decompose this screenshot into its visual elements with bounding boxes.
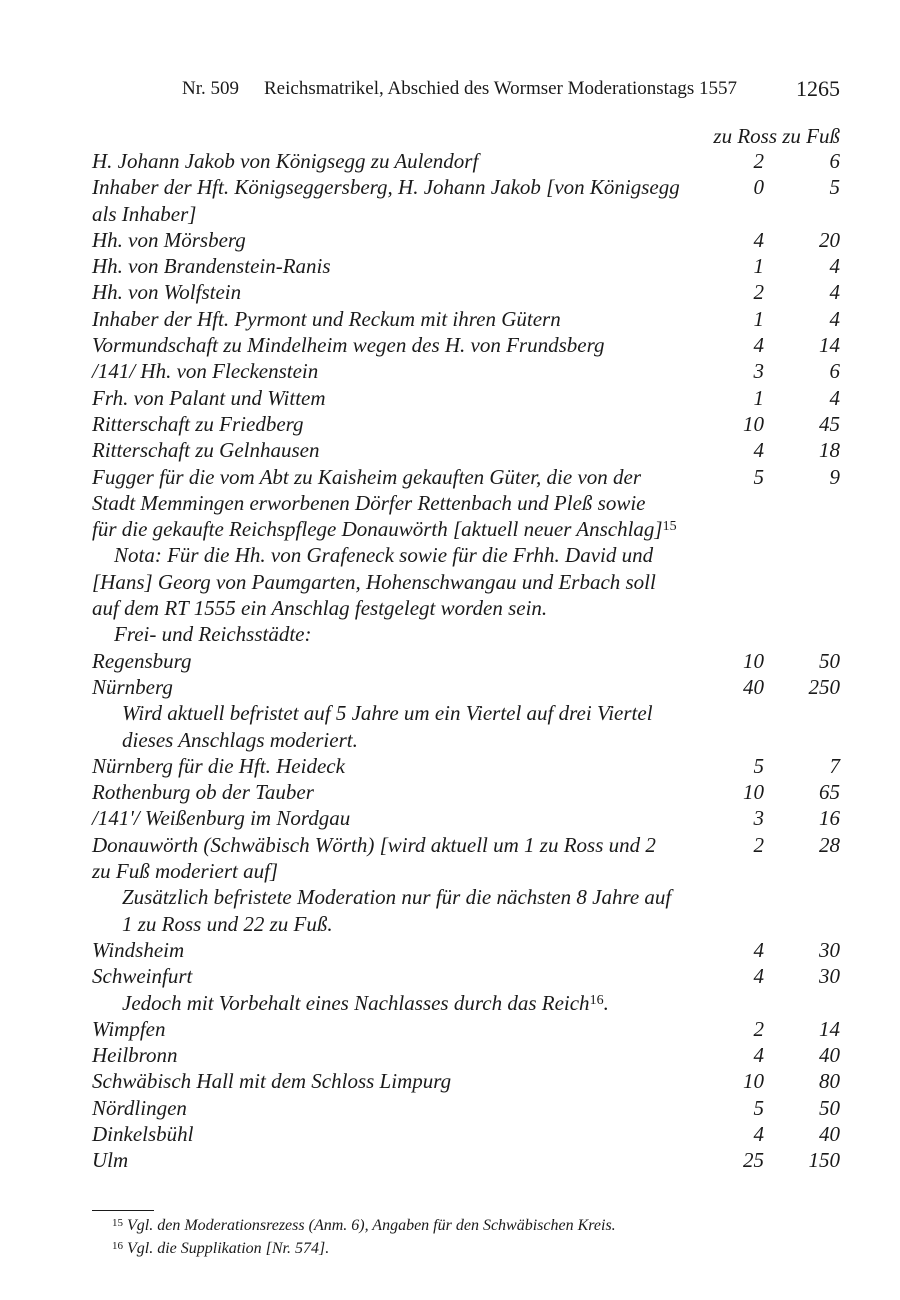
table-row: Vormundschaft zu Mindelheim wegen des H.… [92, 332, 840, 358]
entry-label: Zusätzlich befristete Moderation nur für… [92, 884, 692, 910]
fuss-value: 50 [790, 648, 840, 674]
table-row: Heilbronn440 [92, 1042, 840, 1068]
ross-value: 2 [724, 1016, 764, 1042]
fuss-value: 40 [790, 1121, 840, 1147]
entry-label: auf dem RT 1555 ein Anschlag festgelegt … [92, 595, 692, 621]
table-row: Donauwörth (Schwäbisch Wörth) [wird aktu… [92, 832, 840, 858]
fuss-value: 50 [790, 1095, 840, 1121]
footnote-divider [92, 1210, 154, 1211]
table-row: Nürnberg40250 [92, 674, 840, 700]
running-header: Nr. 509 Reichsmatrikel, Abschied des Wor… [182, 78, 840, 106]
ross-value: 10 [724, 1068, 764, 1094]
fuss-value: 40 [790, 1042, 840, 1068]
ross-value: 3 [724, 358, 764, 384]
ross-value: 5 [724, 753, 764, 779]
ross-value: 1 [724, 385, 764, 411]
entry-label: Fugger für die vom Abt zu Kaisheim gekau… [92, 464, 692, 490]
entry-label: Jedoch mit Vorbehalt eines Nachlasses du… [92, 990, 692, 1016]
entry-label: Nördlingen [92, 1095, 692, 1121]
table-row-continuation: auf dem RT 1555 ein Anschlag festgelegt … [92, 595, 840, 621]
table-row: /141'/ Weißenburg im Nordgau316 [92, 805, 840, 831]
entry-label: Frei- und Reichsstädte: [92, 621, 714, 647]
table-row: Hh. von Mörsberg420 [92, 227, 840, 253]
column-headers: zu Ross zu Fuß [713, 124, 840, 149]
ross-value: 5 [724, 464, 764, 490]
ross-value: 40 [724, 674, 764, 700]
entry-label: für die gekaufte Reichspflege Donauwörth… [92, 516, 692, 542]
table-row: Rothenburg ob der Tauber1065 [92, 779, 840, 805]
table-row-continuation: 1 zu Ross und 22 zu Fuß. [92, 911, 840, 937]
fuss-value: 6 [790, 358, 840, 384]
table-row-continuation: Zusätzlich befristete Moderation nur für… [92, 884, 840, 910]
entry-label: H. Johann Jakob von Königsegg zu Aulendo… [92, 148, 692, 174]
ross-value: 4 [724, 227, 764, 253]
table-row: Nürnberg für die Hft. Heideck57 [92, 753, 840, 779]
footnote: 15Vgl. den Moderationsrezess (Anm. 6), A… [112, 1213, 616, 1236]
fuss-value: 4 [790, 253, 840, 279]
ross-value: 4 [724, 332, 764, 358]
entry-label: Hh. von Wolfstein [92, 279, 692, 305]
table-row: Ritterschaft zu Gelnhausen418 [92, 437, 840, 463]
ross-value: 4 [724, 937, 764, 963]
ross-value: 10 [724, 779, 764, 805]
entry-label: Rothenburg ob der Tauber [92, 779, 692, 805]
table-row-continuation: Jedoch mit Vorbehalt eines Nachlasses du… [92, 990, 840, 1016]
table-row: Inhaber der Hft. Pyrmont und Reckum mit … [92, 306, 840, 332]
table-row-continuation: als Inhaber] [92, 201, 840, 227]
footnote-reference: 16 [590, 993, 604, 1008]
table-row: Schwäbisch Hall mit dem Schloss Limpurg1… [92, 1068, 840, 1094]
entry-label: Donauwörth (Schwäbisch Wörth) [wird aktu… [92, 832, 692, 858]
table-row: H. Johann Jakob von Königsegg zu Aulendo… [92, 148, 840, 174]
entry-label: Nürnberg [92, 674, 692, 700]
table-row: Dinkelsbühl440 [92, 1121, 840, 1147]
table-row: Ulm25150 [92, 1147, 840, 1173]
table-row-continuation: für die gekaufte Reichspflege Donauwörth… [92, 516, 840, 542]
entry-label: Hh. von Brandenstein-Ranis [92, 253, 692, 279]
ross-value: 0 [724, 174, 764, 200]
entry-label: Ritterschaft zu Friedberg [92, 411, 692, 437]
table-row: /141/ Hh. von Fleckenstein36 [92, 358, 840, 384]
fuss-value: 20 [790, 227, 840, 253]
footnote-text: Vgl. den Moderationsrezess (Anm. 6), Ang… [127, 1217, 616, 1234]
header-title: Reichsmatrikel, Abschied des Wormser Mod… [264, 78, 737, 100]
entry-label: Ritterschaft zu Gelnhausen [92, 437, 692, 463]
footnote: 16Vgl. die Supplikation [Nr. 574]. [112, 1236, 616, 1259]
entry-label: Wird aktuell befristet auf 5 Jahre um ei… [92, 700, 692, 726]
footnotes: 15Vgl. den Moderationsrezess (Anm. 6), A… [112, 1213, 616, 1259]
table-row-continuation: Wird aktuell befristet auf 5 Jahre um ei… [92, 700, 840, 726]
entry-label: Frh. von Palant und Wittem [92, 385, 692, 411]
entry-label: [Hans] Georg von Paumgarten, Hohenschwan… [92, 569, 692, 595]
ross-value: 2 [724, 832, 764, 858]
ross-value: 4 [724, 1121, 764, 1147]
ross-value: 2 [724, 148, 764, 174]
table-row: Windsheim430 [92, 937, 840, 963]
ross-value: 1 [724, 253, 764, 279]
table-row: Hh. von Brandenstein-Ranis14 [92, 253, 840, 279]
table-row-continuation: Stadt Memmingen erworbenen Dörfer Retten… [92, 490, 840, 516]
table-row: Inhaber der Hft. Königseggersberg, H. Jo… [92, 174, 840, 200]
fuss-value: 65 [790, 779, 840, 805]
table-row: Ritterschaft zu Friedberg1045 [92, 411, 840, 437]
fuss-value: 14 [790, 332, 840, 358]
ross-value: 10 [724, 648, 764, 674]
fuss-value: 4 [790, 306, 840, 332]
table-row: Frh. von Palant und Wittem14 [92, 385, 840, 411]
table-row: Hh. von Wolfstein24 [92, 279, 840, 305]
fuss-value: 14 [790, 1016, 840, 1042]
entry-label: dieses Anschlags moderiert. [92, 727, 692, 753]
fuss-value: 5 [790, 174, 840, 200]
entry-label: Inhaber der Hft. Pyrmont und Reckum mit … [92, 306, 692, 332]
fuss-value: 30 [790, 937, 840, 963]
fuss-value: 80 [790, 1068, 840, 1094]
fuss-value: 18 [790, 437, 840, 463]
fuss-value: 6 [790, 148, 840, 174]
fuss-value: 30 [790, 963, 840, 989]
ross-value: 10 [724, 411, 764, 437]
entry-label: Inhaber der Hft. Königseggersberg, H. Jo… [92, 174, 692, 200]
ross-value: 4 [724, 1042, 764, 1068]
footnote-text: Vgl. die Supplikation [Nr. 574]. [127, 1240, 329, 1257]
ross-value: 2 [724, 279, 764, 305]
matrikel-table: H. Johann Jakob von Königsegg zu Aulendo… [92, 148, 840, 1174]
fuss-value: 16 [790, 805, 840, 831]
fuss-value: 150 [790, 1147, 840, 1173]
fuss-value: 45 [790, 411, 840, 437]
entry-label: Nota: Für die Hh. von Grafeneck sowie fü… [92, 542, 714, 568]
entry-label: Schwäbisch Hall mit dem Schloss Limpurg [92, 1068, 692, 1094]
fuss-value: 9 [790, 464, 840, 490]
entry-label: Windsheim [92, 937, 692, 963]
table-row: Nördlingen550 [92, 1095, 840, 1121]
footnote-number: 15 [112, 1217, 123, 1229]
entry-label: Wimpfen [92, 1016, 692, 1042]
page-number: 1265 [796, 76, 840, 102]
entry-label: Ulm [92, 1147, 692, 1173]
entry-label: Dinkelsbühl [92, 1121, 692, 1147]
ross-value: 5 [724, 1095, 764, 1121]
fuss-value: 7 [790, 753, 840, 779]
entry-label: Stadt Memmingen erworbenen Dörfer Retten… [92, 490, 692, 516]
table-row: Regensburg1050 [92, 648, 840, 674]
ross-value: 4 [724, 963, 764, 989]
table-row-continuation: zu Fuß moderiert auf] [92, 858, 840, 884]
ross-value: 3 [724, 805, 764, 831]
fuss-value: 28 [790, 832, 840, 858]
table-row: Fugger für die vom Abt zu Kaisheim gekau… [92, 464, 840, 490]
entry-label: zu Fuß moderiert auf] [92, 858, 692, 884]
table-row: Schweinfurt430 [92, 963, 840, 989]
entry-label: 1 zu Ross und 22 zu Fuß. [92, 911, 692, 937]
entry-label: /141'/ Weißenburg im Nordgau [92, 805, 692, 831]
entry-label: Schweinfurt [92, 963, 692, 989]
footnote-number: 16 [112, 1240, 123, 1252]
entry-label: Regensburg [92, 648, 692, 674]
ross-value: 25 [724, 1147, 764, 1173]
table-row-continuation: [Hans] Georg von Paumgarten, Hohenschwan… [92, 569, 840, 595]
footnote-reference: 15 [663, 519, 677, 534]
entry-label: Hh. von Mörsberg [92, 227, 692, 253]
entry-label: /141/ Hh. von Fleckenstein [92, 358, 692, 384]
table-row: Wimpfen214 [92, 1016, 840, 1042]
entry-label: als Inhaber] [92, 201, 692, 227]
table-row-continuation: Nota: Für die Hh. von Grafeneck sowie fü… [92, 542, 840, 568]
document-number: Nr. 509 [182, 78, 239, 100]
fuss-value: 4 [790, 279, 840, 305]
fuss-value: 250 [790, 674, 840, 700]
table-row-continuation: Frei- und Reichsstädte: [92, 621, 840, 647]
table-row-continuation: dieses Anschlags moderiert. [92, 727, 840, 753]
entry-label: Heilbronn [92, 1042, 692, 1068]
entry-label: Nürnberg für die Hft. Heideck [92, 753, 692, 779]
entry-label: Vormundschaft zu Mindelheim wegen des H.… [92, 332, 692, 358]
fuss-value: 4 [790, 385, 840, 411]
ross-value: 4 [724, 437, 764, 463]
ross-value: 1 [724, 306, 764, 332]
